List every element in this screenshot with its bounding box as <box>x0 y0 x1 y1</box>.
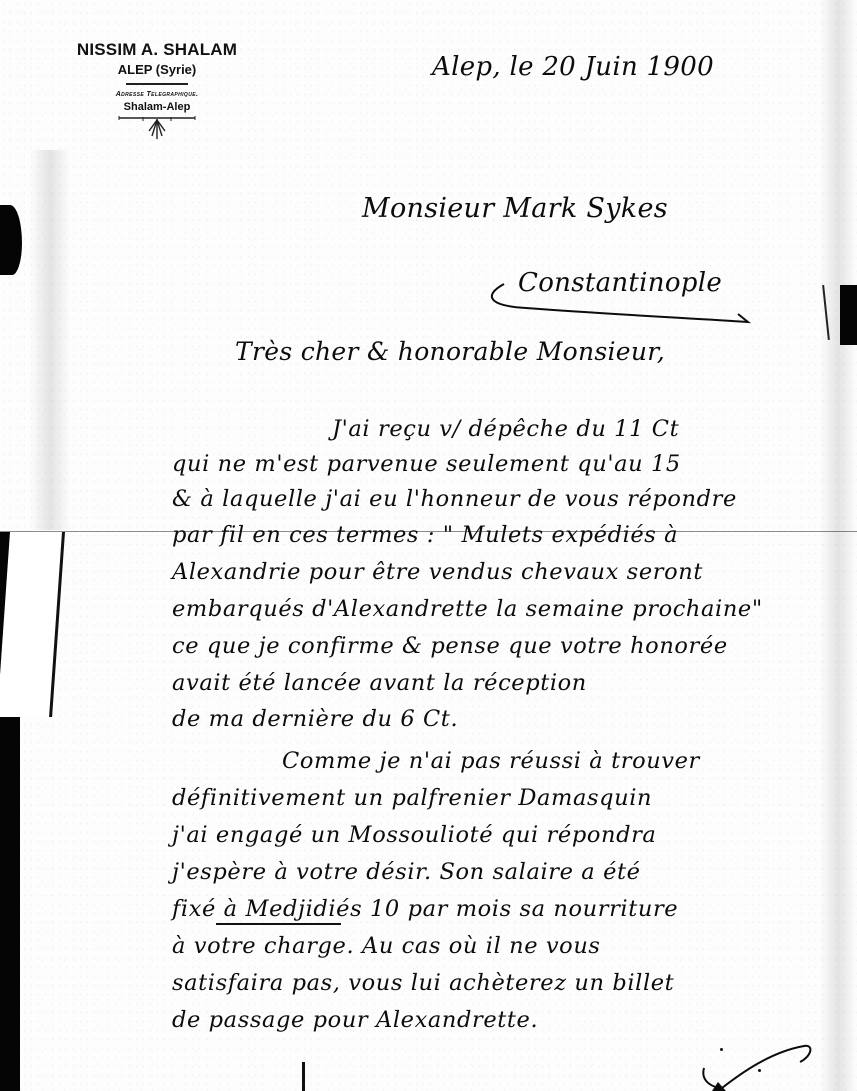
right-edge-tab-border <box>822 285 830 340</box>
ink-dot <box>758 1069 761 1072</box>
letter-date: Alep, le 20 Juin 1900 <box>432 52 714 82</box>
scan-streak <box>820 0 857 1091</box>
right-edge-tab <box>840 285 857 345</box>
letterhead-city: ALEP (Syrie) <box>62 62 252 77</box>
torn-edge-mark <box>0 205 22 275</box>
salutation: Très cher & honorable Monsieur, <box>235 337 665 366</box>
fold-flap <box>0 532 65 717</box>
body-line: Comme je n'ai pas réussi à trouver <box>282 748 700 774</box>
underline-flourish-icon <box>486 278 756 328</box>
body-line: j'ai engagé un Mossoulioté qui répondra <box>172 822 656 848</box>
scan-streak <box>30 150 70 530</box>
recipient-name: Monsieur Mark Sykes <box>362 193 668 224</box>
body-line: j'espère à votre désir. Son salaire a ét… <box>172 859 641 885</box>
telegraphic-address: Shalam-Alep <box>62 101 252 113</box>
ornament-icon <box>117 115 197 141</box>
telegraphic-label: Adresse Telegraphique. <box>62 91 252 98</box>
body-line: satisfaira pas, vous lui achèterez un bi… <box>172 970 674 996</box>
body-line: qui ne m'est parvenue seulement qu'au 15 <box>172 451 681 477</box>
salary-underline <box>216 923 341 925</box>
body-line: avait été lancée avant la réception <box>172 670 587 696</box>
body-line: ce que je confirme & pense que votre hon… <box>172 633 728 659</box>
ink-mark <box>302 1062 305 1091</box>
body-line: J'ai reçu v/ dépêche du 11 Ct <box>332 416 679 442</box>
body-line: embarqués d'Alexandrette la semaine proc… <box>172 596 763 622</box>
body-line: Alexandrie pour être vendus chevaux sero… <box>172 559 703 585</box>
signature-flourish-icon <box>700 1030 820 1091</box>
body-line: par fil en ces termes : " Mulets expédié… <box>172 522 678 548</box>
letterhead-name: NISSIM A. SHALAM <box>62 40 252 60</box>
ink-dot <box>720 1048 723 1051</box>
body-line: de passage pour Alexandrette. <box>172 1007 538 1033</box>
body-line: de ma dernière du 6 Ct. <box>172 706 458 732</box>
letterhead-divider <box>126 83 188 85</box>
body-line: fixé à Medjidiés 10 par mois sa nourritu… <box>172 896 678 922</box>
body-line: & à laquelle j'ai eu l'honneur de vous r… <box>172 486 737 512</box>
scanned-letter-page: NISSIM A. SHALAM ALEP (Syrie) Adresse Te… <box>0 0 857 1091</box>
body-line: à votre charge. Au cas où il ne vous <box>172 933 601 959</box>
body-line: définitivement un palfrenier Damasquin <box>172 785 652 811</box>
letterhead: NISSIM A. SHALAM ALEP (Syrie) Adresse Te… <box>62 40 252 141</box>
